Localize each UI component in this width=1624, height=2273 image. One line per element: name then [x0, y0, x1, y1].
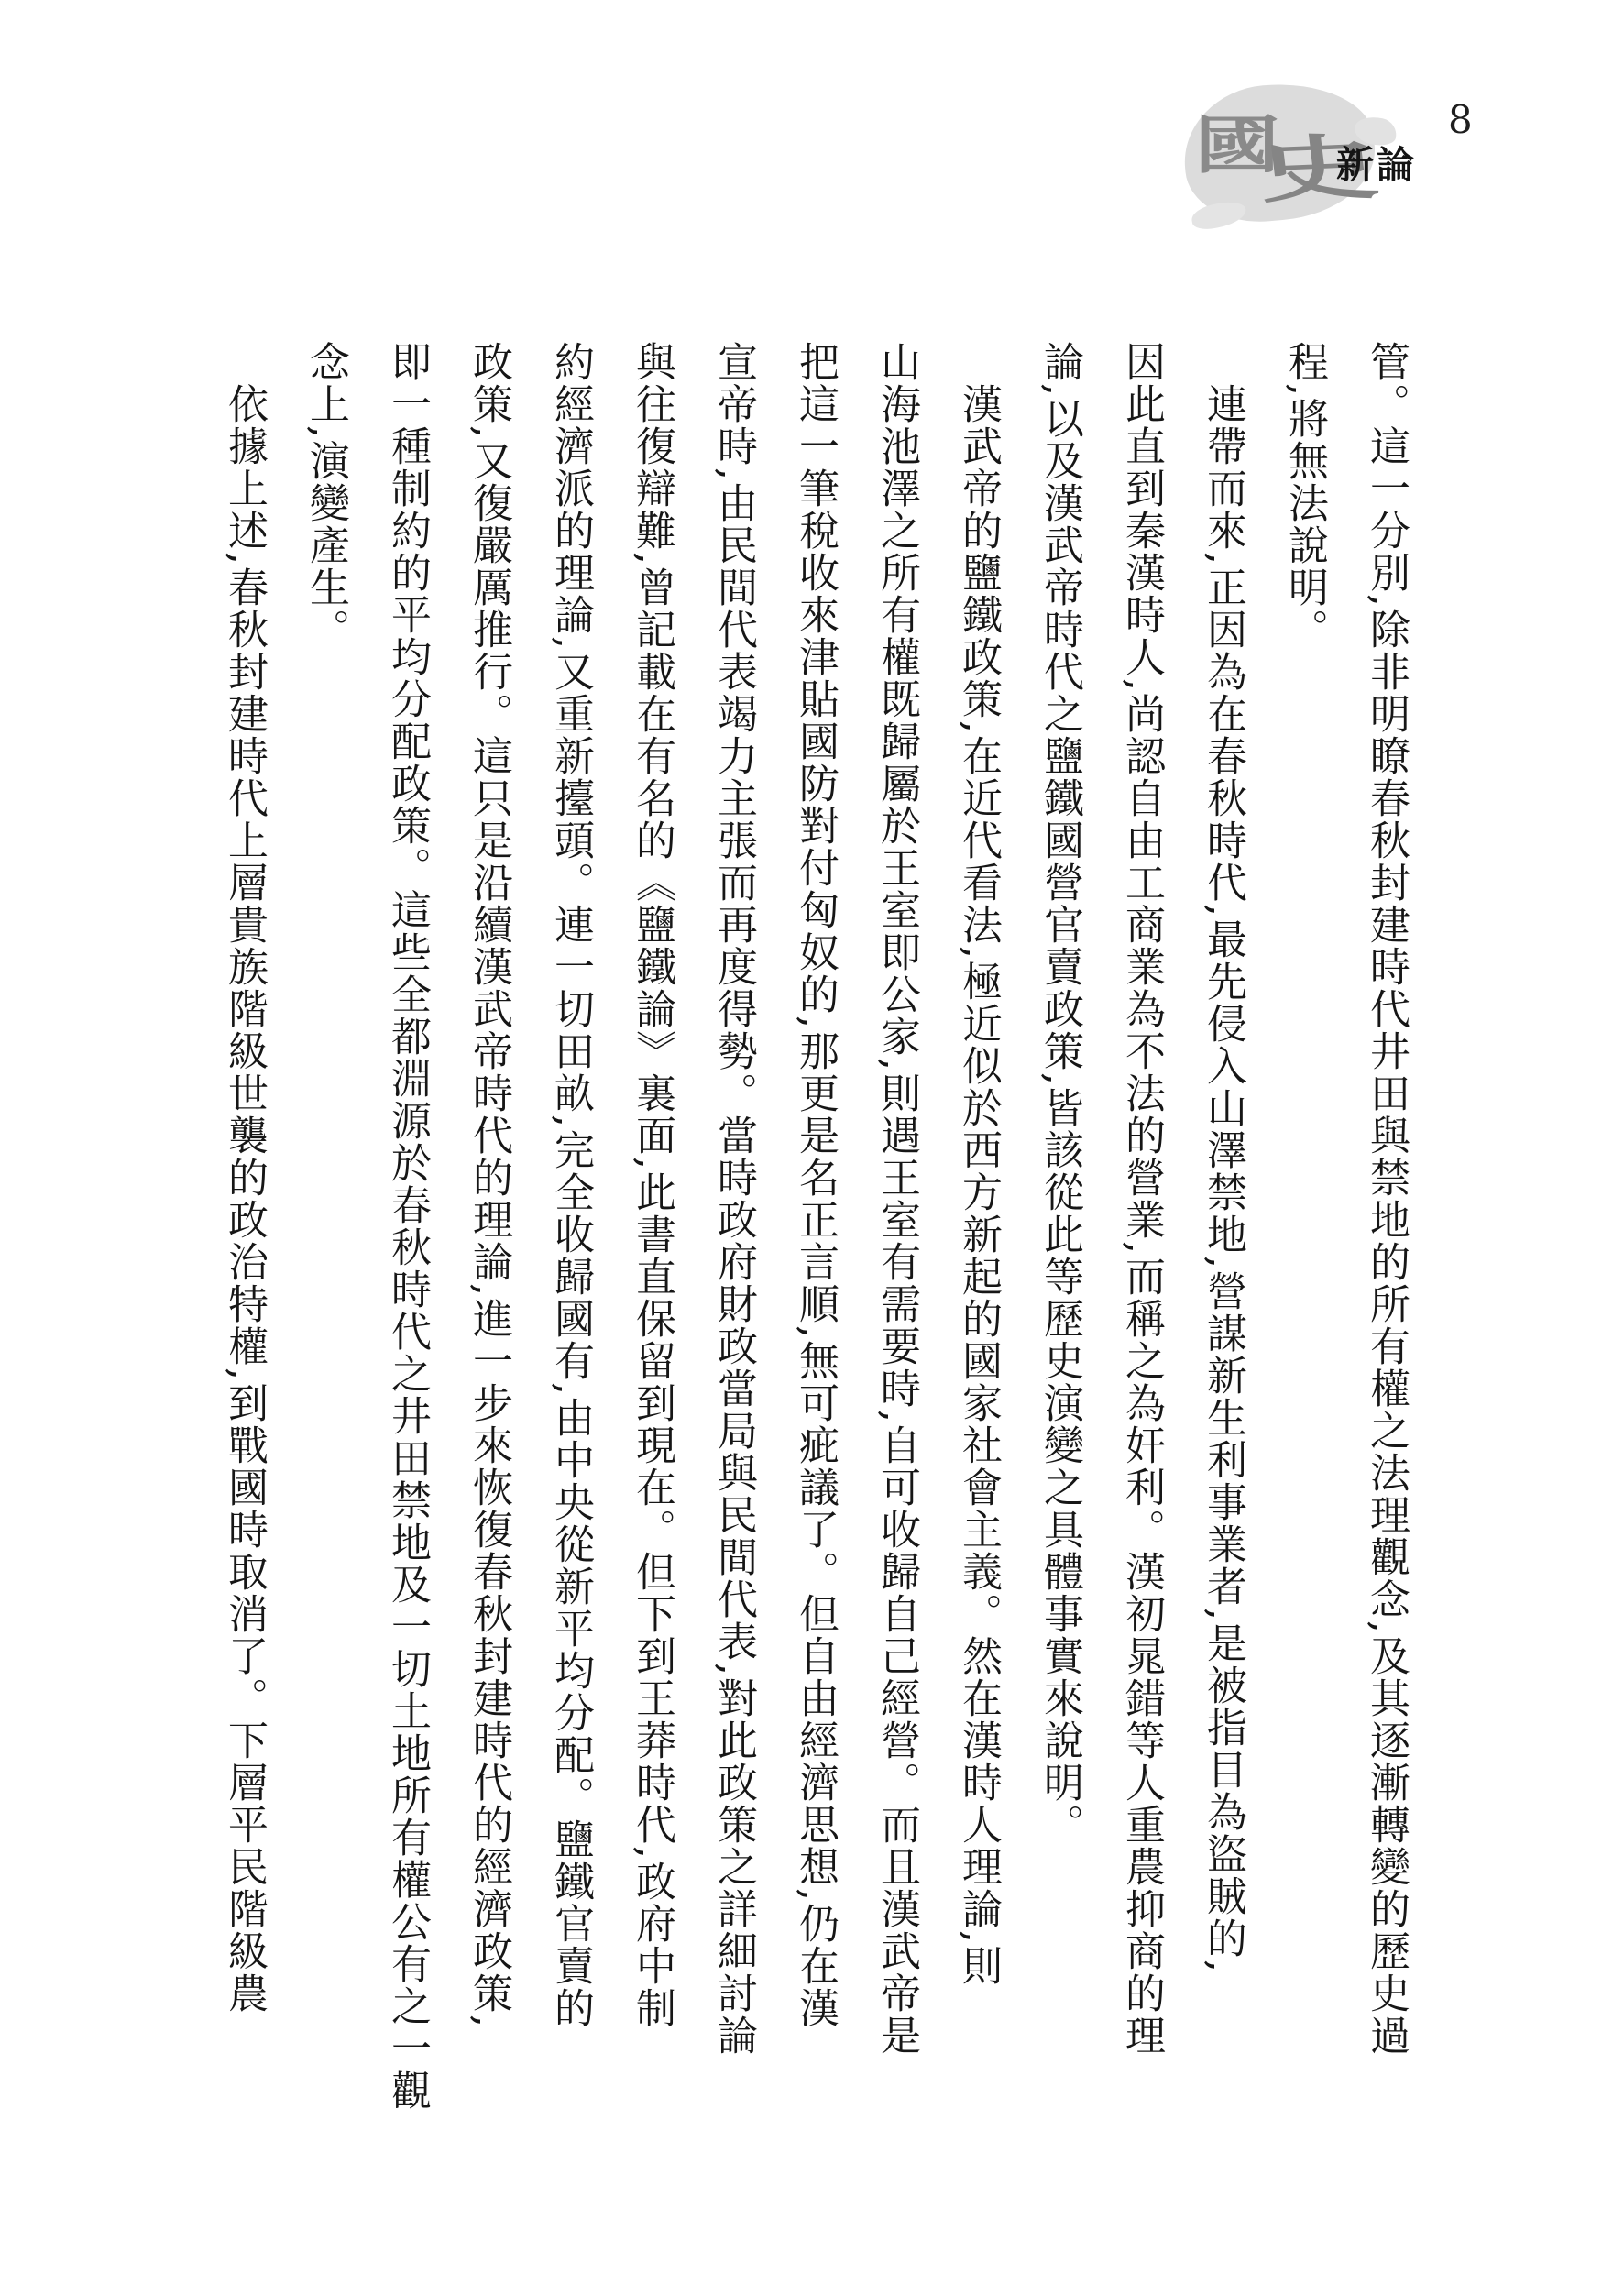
page-body-text: 管。這一分別,除非明瞭春秋封建時代井田與禁地的所有權之法理觀念,及其逐漸轉變的歷… — [203, 341, 1427, 2119]
text-column-1: 管。這一分別,除非明瞭春秋封建時代井田與禁地的所有權之法理觀念,及其逐漸轉變的歷… — [1345, 341, 1427, 2119]
text-column-14: 念上,演變產生。 — [285, 341, 367, 2119]
text-column-7: 山海池澤之所有權既歸屬於王室即公家,則遇王室有需要時,自可收歸自己經營。而且漢武… — [856, 341, 938, 2119]
page-number: 8 — [1448, 99, 1473, 141]
text-column-8: 把這一筆稅收來津貼國防對付匈奴的,那更是名正言順,無可疵議了。但自由經濟思想,仍… — [774, 341, 856, 2119]
text-column-15: 依據上述,春秋封建時代上層貴族階級世襲的政治特權,到戰國時取消了。下層平民階級農 — [203, 341, 285, 2119]
text-column-9: 宣帝時,由民間代表竭力主張而再度得勢。當時政府財政當局與民間代表,對此政策之詳細… — [693, 341, 774, 2119]
book-page: 國 史 新論 8 管。這一分別,除非明瞭春秋封建時代井田與禁地的所有權之法理觀念… — [0, 0, 1624, 2273]
text-column-13: 即一種制約的平均分配政策。這些全都淵源於春秋時代之井田禁地及一切土地所有權公有之… — [367, 341, 448, 2119]
book-logo-subtitle: 新論 — [1336, 145, 1417, 185]
text-column-4: 因此直到秦漢時人,尚認自由工商業為不法的營業,而稱之為奸利。漢初晁錯等人重農抑商… — [1101, 341, 1182, 2119]
text-column-3: 連帶而來,正因為在春秋時代,最先侵入山澤禁地,營謀新生利事業者,是被指目為盜賊的… — [1182, 341, 1264, 2119]
text-column-12: 政策,又復嚴厲推行。這只是沿續漢武帝時代的理論,進一步來恢復春秋封建時代的經濟政… — [448, 341, 530, 2119]
text-column-10: 與往復辯難,曾記載在有名的《鹽鐵論》裏面,此書直保留到現在。但下到王莽時代,政府… — [611, 341, 693, 2119]
text-column-11: 約經濟派的理論,又重新擡頭。連一切田畝,完全收歸國有,由中央從新平均分配。鹽鐵官… — [530, 341, 611, 2119]
text-column-6: 漢武帝的鹽鐵政策,在近代看法,極近似於西方新起的國家社會主義。然在漢時人理論,則 — [938, 341, 1019, 2119]
ink-splash-speck — [1190, 199, 1248, 232]
text-column-5: 論,以及漢武帝時代之鹽鐵國營官賣政策,皆該從此等歷史演變之具體事實來說明。 — [1019, 341, 1101, 2119]
text-column-2: 程,將無法說明。 — [1264, 341, 1345, 2119]
